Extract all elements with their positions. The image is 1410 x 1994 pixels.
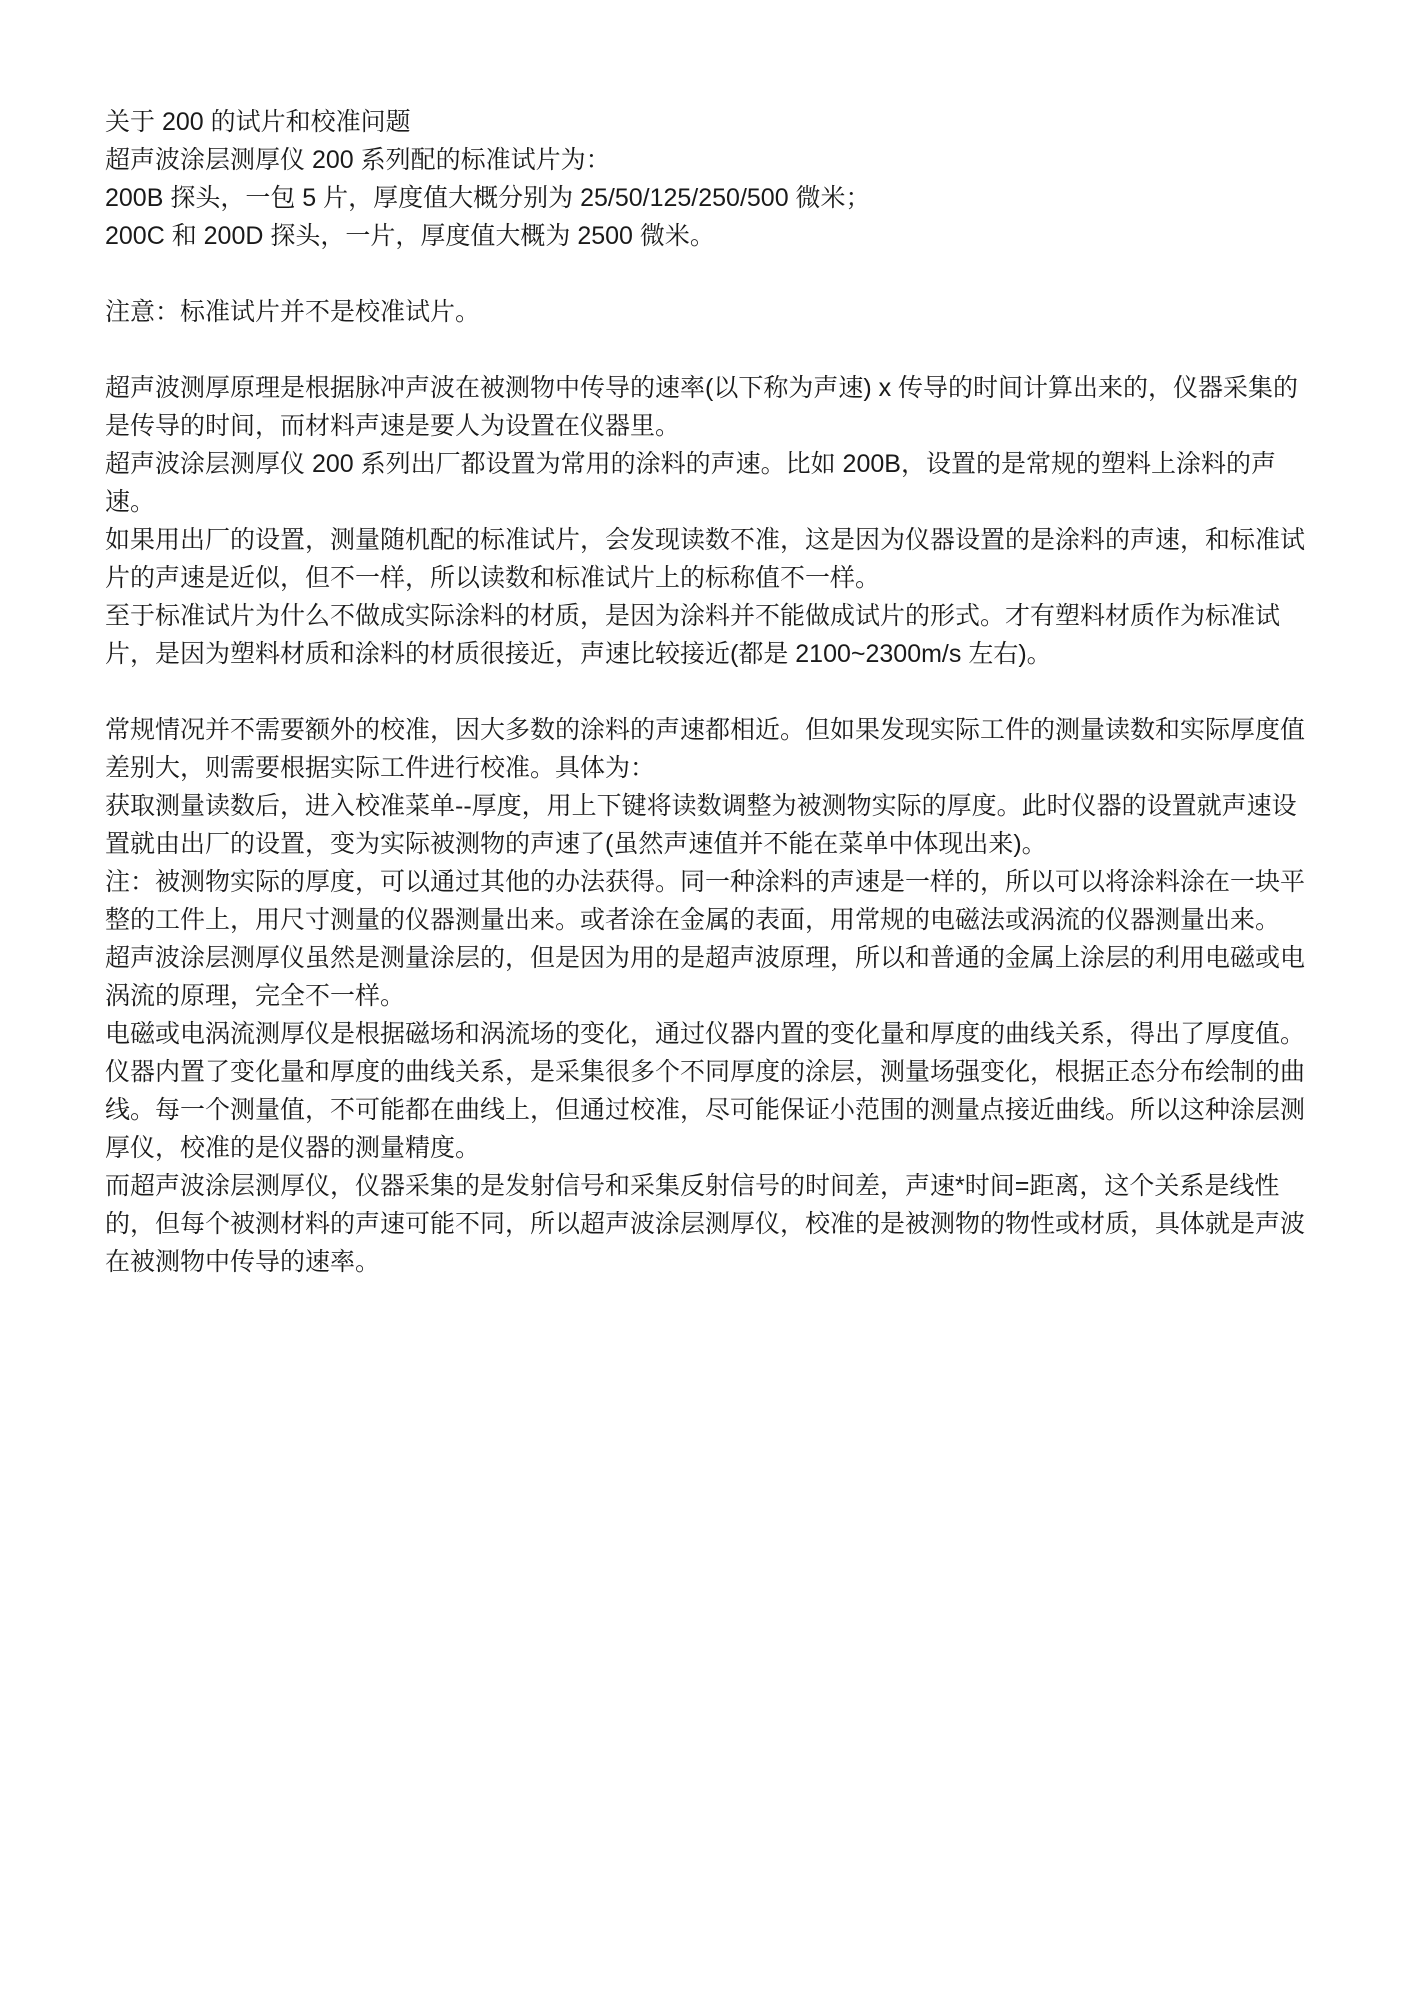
doc-line-notice: 注意：标准试片并不是校准试片。 [105,293,1315,331]
doc-line-200c-200d-probe: 200C 和 200D 探头，一片，厚度值大概为 2500 微米。 [105,217,1315,255]
doc-para-actual-thickness: 注：被测物实际的厚度，可以通过其他的办法获得。同一种涂料的声速是一样的，所以可以… [105,863,1315,939]
doc-para-reading-mismatch: 如果用出厂的设置，测量随机配的标准试片，会发现读数不准，这是因为仪器设置的是涂料… [105,521,1315,597]
blank-line [105,331,1315,369]
document-page: 关于 200 的试片和校准问题 超声波涂层测厚仪 200 系列配的标准试片为： … [0,0,1410,1994]
doc-para-plastic-material: 至于标准试片为什么不做成实际涂料的材质，是因为涂料并不能做成试片的形式。才有塑料… [105,597,1315,673]
doc-title-line: 关于 200 的试片和校准问题 [105,103,1315,141]
doc-para-factory-setting: 超声波涂层测厚仪 200 系列出厂都设置为常用的涂料的声速。比如 200B，设置… [105,445,1315,521]
doc-line-200b-probe: 200B 探头，一包 5 片，厚度值大概分别为 25/50/125/250/50… [105,179,1315,217]
doc-para-eddy-current-curve: 电磁或电涡流测厚仪是根据磁场和涡流场的变化，通过仪器内置的变化量和厚度的曲线关系… [105,1015,1315,1167]
document-text-body[interactable]: 关于 200 的试片和校准问题 超声波涂层测厚仪 200 系列配的标准试片为： … [105,103,1315,1281]
doc-para-calibration-steps: 获取测量读数后，进入校准菜单--厚度，用上下键将读数调整为被测物实际的厚度。此时… [105,787,1315,863]
doc-line-standard-specimens: 超声波涂层测厚仪 200 系列配的标准试片为： [105,141,1315,179]
doc-para-ultrasonic-vs-eddy: 超声波涂层测厚仪虽然是测量涂层的，但是因为用的是超声波原理，所以和普通的金属上涂… [105,939,1315,1015]
doc-para-when-to-calibrate: 常规情况并不需要额外的校准，因大多数的涂料的声速都相近。但如果发现实际工件的测量… [105,711,1315,787]
blank-line [105,255,1315,293]
doc-para-principle: 超声波测厚原理是根据脉冲声波在被测物中传导的速率(以下称为声速) x 传导的时间… [105,369,1315,445]
doc-para-ultrasonic-linear: 而超声波涂层测厚仪，仪器采集的是发射信号和采集反射信号的时间差，声速*时间=距离… [105,1167,1315,1281]
blank-line [105,673,1315,711]
